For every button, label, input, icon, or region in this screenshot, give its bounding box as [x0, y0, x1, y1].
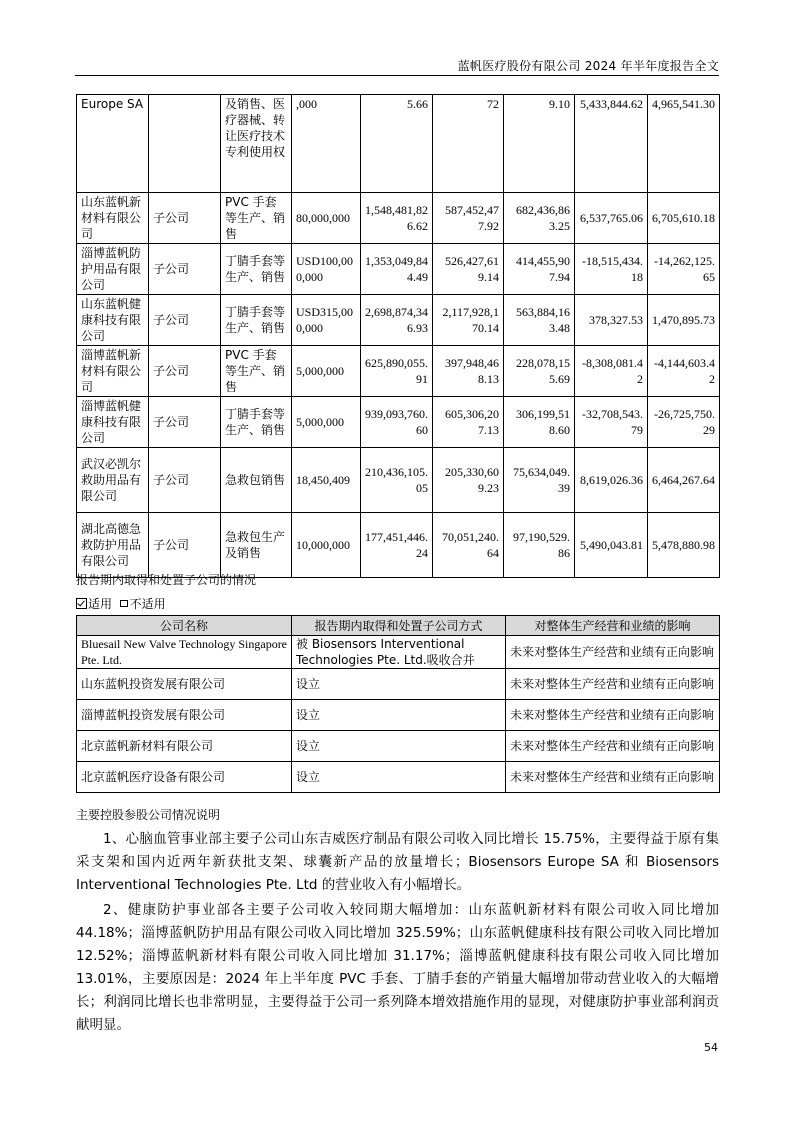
total-assets-cell: 5.66: [361, 95, 433, 193]
applicable-checkbox-checked-icon[interactable]: [76, 598, 87, 609]
registered-capital-cell: USD315,000,000: [292, 295, 361, 346]
operating-profit-cell: -8,308,081.42: [575, 346, 648, 397]
table-row: Europe SA及销售、医疗器械、转让医疗技术专利使用权,0005.66729…: [77, 95, 720, 193]
main-business-cell: 急救包生产及销售: [221, 513, 292, 578]
net-assets-cell: 397,948,468.13: [433, 346, 504, 397]
company-type-cell: 子公司: [149, 193, 221, 244]
total-assets-cell: 939,093,760.60: [361, 397, 433, 448]
main-business-cell: 急救包销售: [221, 448, 292, 513]
company-type-cell: 子公司: [149, 513, 221, 578]
main-business-cell: 丁腈手套等生产、销售: [221, 295, 292, 346]
operating-profit-cell: 8,619,026.36: [575, 448, 648, 513]
acquisition-method-cell: 设立: [292, 762, 506, 793]
table-row: 山东蓝帆新材料有限公司子公司PVC 手套等生产、销售80,000,0001,54…: [77, 193, 720, 244]
column-header-method: 报告期内取得和处置子公司方式: [292, 616, 506, 636]
net-profit-cell: 4,965,541.30: [648, 95, 720, 193]
net-assets-cell: 70,051,240.64: [433, 513, 504, 578]
not-applicable-checkbox-icon[interactable]: [120, 600, 128, 607]
main-business-cell: 丁腈手套等生产、销售: [221, 397, 292, 448]
header-divider: [75, 75, 719, 76]
column-header-impact: 对整体生产经营和业绩的影响: [506, 616, 720, 636]
total-assets-cell: 1,353,049,844.49: [361, 244, 433, 295]
acquisition-disposal-table: 公司名称 报告期内取得和处置子公司方式 对整体生产经营和业绩的影响 Bluesa…: [76, 615, 720, 793]
company-type-cell: [149, 95, 221, 193]
table-row: 山东蓝帆投资发展有限公司设立未来对整体生产经营和业绩有正向影响: [77, 669, 720, 700]
table-row: 山东蓝帆健康科技有限公司子公司丁腈手套等生产、销售USD315,000,0002…: [77, 295, 720, 346]
main-business-cell: PVC 手套等生产、销售: [221, 346, 292, 397]
company-name-cell: 淄博蓝帆防护用品有限公司: [77, 244, 149, 295]
company-name-cell: 北京蓝帆医疗设备有限公司: [77, 762, 292, 793]
net-assets-cell: 526,427,619.14: [433, 244, 504, 295]
net-assets-cell: 587,452,477.92: [433, 193, 504, 244]
operating-profit-cell: 5,433,844.62: [575, 95, 648, 193]
company-name-cell: 武汉必凯尔救助用品有限公司: [77, 448, 149, 513]
table-row: 武汉必凯尔救助用品有限公司子公司急救包销售18,450,409210,436,1…: [77, 448, 720, 513]
impact-cell: 未来对整体生产经营和业绩有正向影响: [506, 669, 720, 700]
table-row: 北京蓝帆医疗设备有限公司设立未来对整体生产经营和业绩有正向影响: [77, 762, 720, 793]
net-profit-cell: 6,705,610.18: [648, 193, 720, 244]
net-assets-cell: 72: [433, 95, 504, 193]
registered-capital-cell: 5,000,000: [292, 346, 361, 397]
total-assets-cell: 625,890,055.91: [361, 346, 433, 397]
net-assets-cell: 2,117,928,170.14: [433, 295, 504, 346]
table-row: Bluesail New Valve Technology Singapore …: [77, 636, 720, 669]
net-profit-cell: 6,464,267.64: [648, 448, 720, 513]
total-assets-cell: 177,451,446.24: [361, 513, 433, 578]
applicability-options: 适用 不适用: [76, 595, 166, 612]
operating-profit-cell: -18,515,434.18: [575, 244, 648, 295]
not-applicable-label: 不适用: [130, 597, 166, 611]
registered-capital-cell: ,000: [292, 95, 361, 193]
acquisition-method-cell: 设立: [292, 700, 506, 731]
net-profit-cell: -14,262,125.65: [648, 244, 720, 295]
main-business-cell: 及销售、医疗器械、转让医疗技术专利使用权: [221, 95, 292, 193]
total-assets-cell: 2,698,874,346.93: [361, 295, 433, 346]
company-name-cell: 淄博蓝帆健康科技有限公司: [77, 397, 149, 448]
registered-capital-cell: 5,000,000: [292, 397, 361, 448]
impact-cell: 未来对整体生产经营和业绩有正向影响: [506, 762, 720, 793]
company-name-cell: 湖北高德急救防护用品有限公司: [77, 513, 149, 578]
company-type-cell: 子公司: [149, 346, 221, 397]
net-profit-cell: -26,725,750.29: [648, 397, 720, 448]
explanation-paragraph-2: 2、健康防护事业部各主要子公司收入较同期大幅增加：山东蓝帆新材料有限公司收入同比…: [76, 899, 719, 1037]
revenue-cell: 306,199,518.60: [504, 397, 575, 448]
table-row: 淄博蓝帆健康科技有限公司子公司丁腈手套等生产、销售5,000,000939,09…: [77, 397, 720, 448]
explanation-paragraph-1: 1、心脑血管事业部主要子公司山东吉威医疗制品有限公司收入同比增长 15.75%，…: [76, 828, 719, 897]
operating-profit-cell: -32,708,543.79: [575, 397, 648, 448]
registered-capital-cell: 18,450,409: [292, 448, 361, 513]
acquisition-section-title: 报告期内取得和处置子公司的情况: [76, 571, 256, 588]
company-type-cell: 子公司: [149, 295, 221, 346]
revenue-cell: 563,884,163.48: [504, 295, 575, 346]
company-type-cell: 子公司: [149, 448, 221, 513]
table-row: 淄博蓝帆投资发展有限公司设立未来对整体生产经营和业绩有正向影响: [77, 700, 720, 731]
acquisition-method-cell: 被 Biosensors Interventional Technologies…: [292, 636, 506, 669]
report-header-title: 蓝帆医疗股份有限公司 2024 年半年度报告全文: [458, 57, 719, 74]
operating-profit-cell: 378,327.53: [575, 295, 648, 346]
company-name-cell: 山东蓝帆健康科技有限公司: [77, 295, 149, 346]
main-business-cell: 丁腈手套等生产、销售: [221, 244, 292, 295]
registered-capital-cell: 80,000,000: [292, 193, 361, 244]
table-row: 湖北高德急救防护用品有限公司子公司急救包生产及销售10,000,000177,4…: [77, 513, 720, 578]
revenue-cell: 9.10: [504, 95, 575, 193]
operating-profit-cell: 5,490,043.81: [575, 513, 648, 578]
subsidiaries-financial-table: Europe SA及销售、医疗器械、转让医疗技术专利使用权,0005.66729…: [76, 94, 720, 578]
revenue-cell: 414,455,907.94: [504, 244, 575, 295]
revenue-cell: 228,078,155.69: [504, 346, 575, 397]
company-name-cell: Europe SA: [77, 95, 149, 193]
revenue-cell: 75,634,049.39: [504, 448, 575, 513]
table-row: 北京蓝帆新材料有限公司设立未来对整体生产经营和业绩有正向影响: [77, 731, 720, 762]
revenue-cell: 682,436,863.25: [504, 193, 575, 244]
column-header-company-name: 公司名称: [77, 616, 292, 636]
net-assets-cell: 605,306,207.13: [433, 397, 504, 448]
company-type-cell: 子公司: [149, 397, 221, 448]
registered-capital-cell: 10,000,000: [292, 513, 361, 578]
table-row: 淄博蓝帆新材料有限公司子公司PVC 手套等生产、销售5,000,000625,8…: [77, 346, 720, 397]
net-profit-cell: 5,478,880.98: [648, 513, 720, 578]
revenue-cell: 97,190,529.86: [504, 513, 575, 578]
acquisition-method-cell: 设立: [292, 669, 506, 700]
impact-cell: 未来对整体生产经营和业绩有正向影响: [506, 700, 720, 731]
total-assets-cell: 210,436,105.05: [361, 448, 433, 513]
company-name-cell: 淄博蓝帆投资发展有限公司: [77, 700, 292, 731]
company-name-cell: 北京蓝帆新材料有限公司: [77, 731, 292, 762]
company-name-cell: 淄博蓝帆新材料有限公司: [77, 346, 149, 397]
acquisition-method-cell: 设立: [292, 731, 506, 762]
net-profit-cell: 1,470,895.73: [648, 295, 720, 346]
impact-cell: 未来对整体生产经营和业绩有正向影响: [506, 731, 720, 762]
table-row: 淄博蓝帆防护用品有限公司子公司丁腈手套等生产、销售USD100,000,0001…: [77, 244, 720, 295]
net-profit-cell: -4,144,603.42: [648, 346, 720, 397]
page-number: 54: [704, 1041, 718, 1054]
company-name-cell: 山东蓝帆投资发展有限公司: [77, 669, 292, 700]
total-assets-cell: 1,548,481,826.62: [361, 193, 433, 244]
company-type-cell: 子公司: [149, 244, 221, 295]
company-name-cell: 山东蓝帆新材料有限公司: [77, 193, 149, 244]
impact-cell: 未来对整体生产经营和业绩有正向影响: [506, 636, 720, 669]
company-name-cell: Bluesail New Valve Technology Singapore …: [77, 636, 292, 669]
main-business-cell: PVC 手套等生产、销售: [221, 193, 292, 244]
registered-capital-cell: USD100,000,000: [292, 244, 361, 295]
net-assets-cell: 205,330,609.23: [433, 448, 504, 513]
applicable-label: 适用: [88, 597, 112, 611]
operating-profit-cell: 6,537,765.06: [575, 193, 648, 244]
explanation-title: 主要控股参股公司情况说明: [76, 806, 220, 823]
